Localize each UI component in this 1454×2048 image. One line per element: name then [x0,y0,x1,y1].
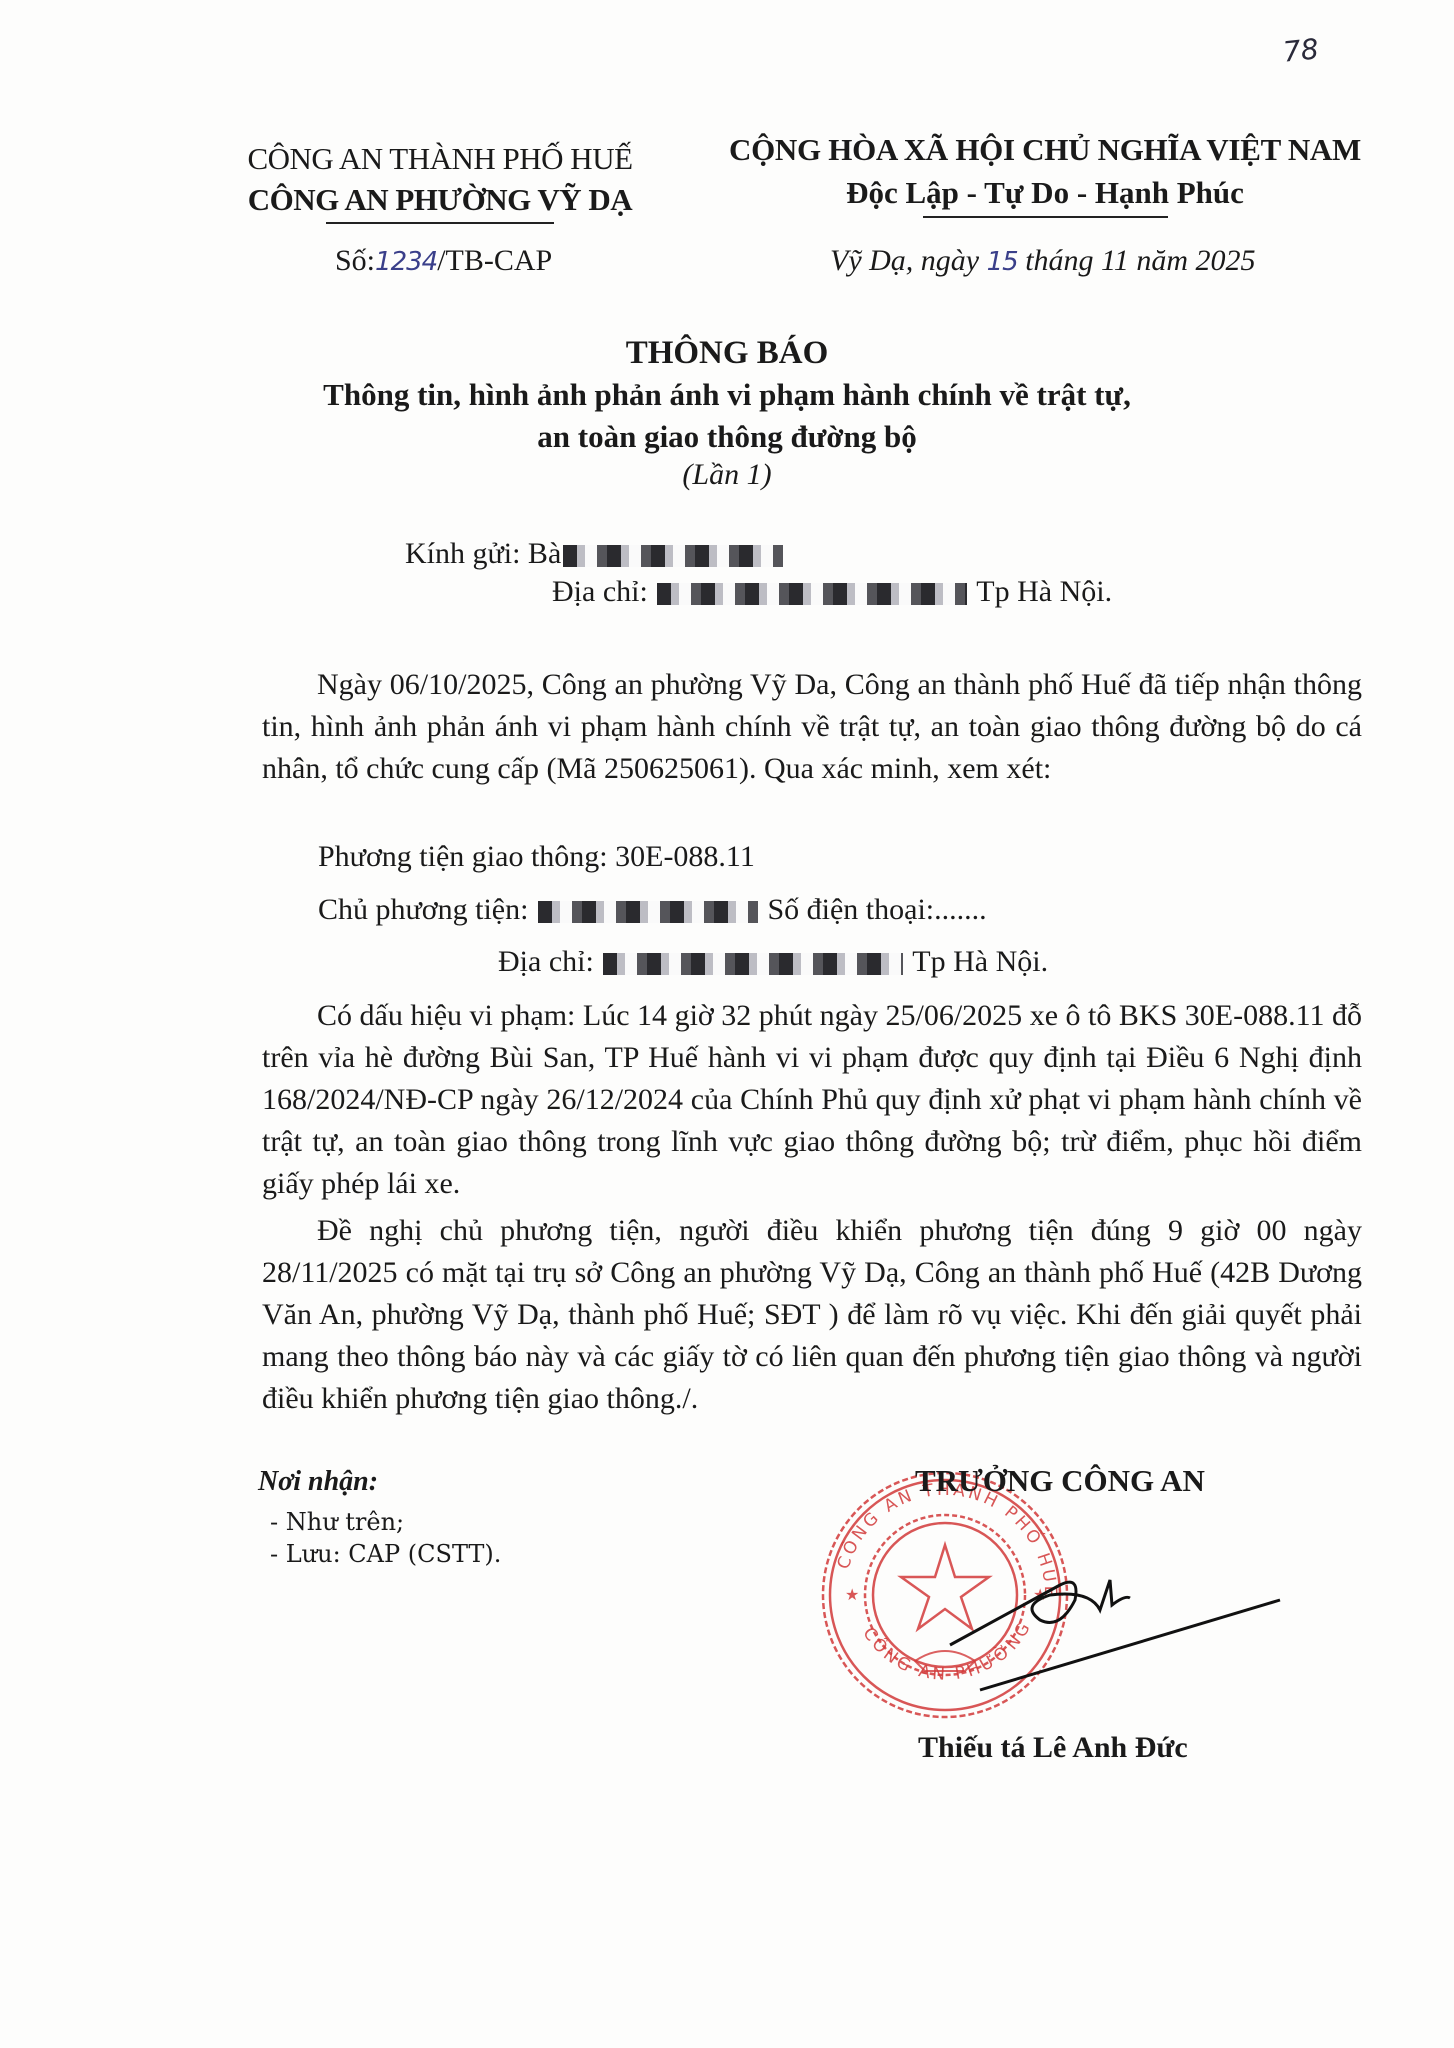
agency-name: CÔNG AN PHƯỜNG VỸ DẠ [230,180,650,220]
svg-text:★: ★ [845,1587,859,1604]
recipient-address-line: Địa chỉ: Tp Hà Nội. [552,575,1112,609]
national-header: CỘNG HÒA XÃ HỘI CHỦ NGHĨA VIỆT NAM Độc L… [705,128,1385,218]
owner-address-city: Tp Hà Nội. [912,945,1048,978]
document-number: Số:1234/TB-CAP [335,244,552,278]
doc-no-prefix: Số: [335,244,375,277]
paragraph-3-text: Đề nghị chủ phương tiện, người điều khiể… [262,1214,1362,1415]
paragraph-3: Đề nghị chủ phương tiện, người điều khiể… [262,1210,1362,1420]
date-prefix: Vỹ Dạ, ngày [830,244,987,277]
redacted-address [657,583,967,605]
signature-icon [940,1560,1300,1700]
date-day-handwritten: 15 [987,247,1018,277]
owner-line: Chủ phương tiện: Số điện thoại:....... [318,893,987,927]
doc-title: THÔNG BÁO [0,335,1454,372]
agency-parent: CÔNG AN THÀNH PHỐ HUẾ [230,138,650,180]
redacted-name [563,545,783,567]
redacted-owner-address [603,953,903,975]
paragraph-1: Ngày 06/10/2025, Công an phường Vỹ Da, C… [262,664,1362,790]
recipient-line: Kính gửi: Bà [405,537,785,571]
doc-no-suffix: /TB-CAP [437,244,552,277]
signer-name: Thiếu tá Lê Anh Đức [918,1731,1188,1765]
redacted-owner [538,901,758,923]
doc-subtitle-1: Thông tin, hình ảnh phản ánh vi phạm hàn… [0,377,1454,413]
motto-underline [923,216,1168,218]
paragraph-1-text: Ngày 06/10/2025, Công an phường Vỹ Da, C… [262,668,1362,785]
address-city: Tp Hà Nội. [976,575,1112,608]
motto: Độc Lập - Tự Do - Hạnh Phúc [705,172,1385,214]
recipient-label: Kính gửi: Bà [405,537,561,570]
owner-label: Chủ phương tiện: [318,893,528,926]
paragraph-2-text: Có dấu hiệu vi phạm: Lúc 14 giờ 32 phút … [262,999,1362,1200]
recipient-item: - Như trên; [270,1508,404,1536]
date-suffix: tháng 11 năm 2025 [1018,244,1256,277]
signature-title: TRƯỞNG CÔNG AN [915,1463,1205,1499]
document-date: Vỹ Dạ, ngày 15 tháng 11 năm 2025 [830,244,1256,278]
recipient-item: - Lưu: CAP (CSTT). [270,1540,501,1568]
phone-label: Số điện thoại:....... [767,893,986,926]
doc-subtitle-2: an toàn giao thông đường bộ [0,419,1454,455]
recipients-title: Nơi nhận: [258,1466,378,1498]
handwritten-page-number: 78 [1281,32,1320,69]
owner-address-label: Địa chỉ: [498,945,594,978]
country-name: CỘNG HÒA XÃ HỘI CHỦ NGHĨA VIỆT NAM [705,128,1385,172]
vehicle-line: Phương tiện giao thông: 30E-088.11 [318,840,755,874]
agency-header: CÔNG AN THÀNH PHỐ HUẾ CÔNG AN PHƯỜNG VỸ … [230,138,650,224]
paragraph-2: Có dấu hiệu vi phạm: Lúc 14 giờ 32 phút … [262,995,1362,1205]
agency-underline [326,222,554,224]
doc-no-handwritten: 1234 [375,247,437,277]
doc-subtitle-3: (Lần 1) [0,458,1454,492]
address-label: Địa chỉ: [552,575,648,608]
owner-address-line: Địa chỉ: Tp Hà Nội. [498,945,1048,979]
